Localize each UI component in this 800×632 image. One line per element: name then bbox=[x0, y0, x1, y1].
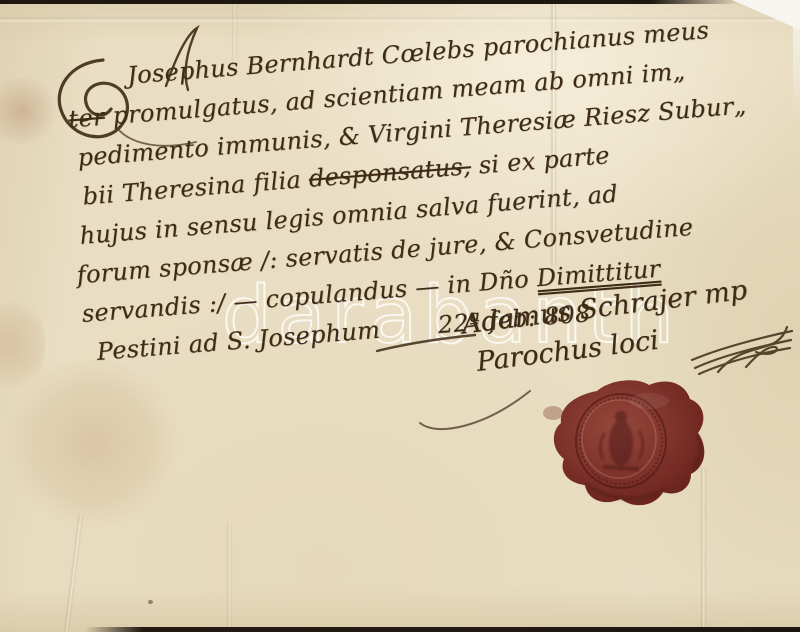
wax-highlight bbox=[629, 393, 669, 409]
scanned-document-photo: { "document": { "language": "Latin", "bo… bbox=[0, 0, 800, 632]
red-wax-seal bbox=[545, 375, 760, 520]
scan-edge-bottom bbox=[85, 627, 800, 632]
paper-sheet: darabanth Josephus Bernhardt Cœlebs paro… bbox=[0, 0, 800, 632]
word-desponsatus-crossed: desponsatus, bbox=[308, 152, 472, 193]
signature-descender-swash bbox=[415, 385, 535, 440]
scan-edge-top bbox=[0, 0, 740, 4]
fold-crease-vertical-bottom bbox=[226, 522, 233, 632]
wax-smudge bbox=[543, 406, 563, 420]
fold-crease-vertical-bottomleft bbox=[63, 515, 84, 632]
signature-leading-stroke bbox=[375, 333, 479, 355]
scan-edge-right bbox=[793, 0, 800, 120]
signature-flourish-scribble bbox=[686, 320, 798, 382]
line-4-end: si ex parte bbox=[470, 141, 611, 180]
word-ter-crossed: ter bbox=[67, 103, 105, 134]
ink-speck bbox=[148, 600, 153, 604]
